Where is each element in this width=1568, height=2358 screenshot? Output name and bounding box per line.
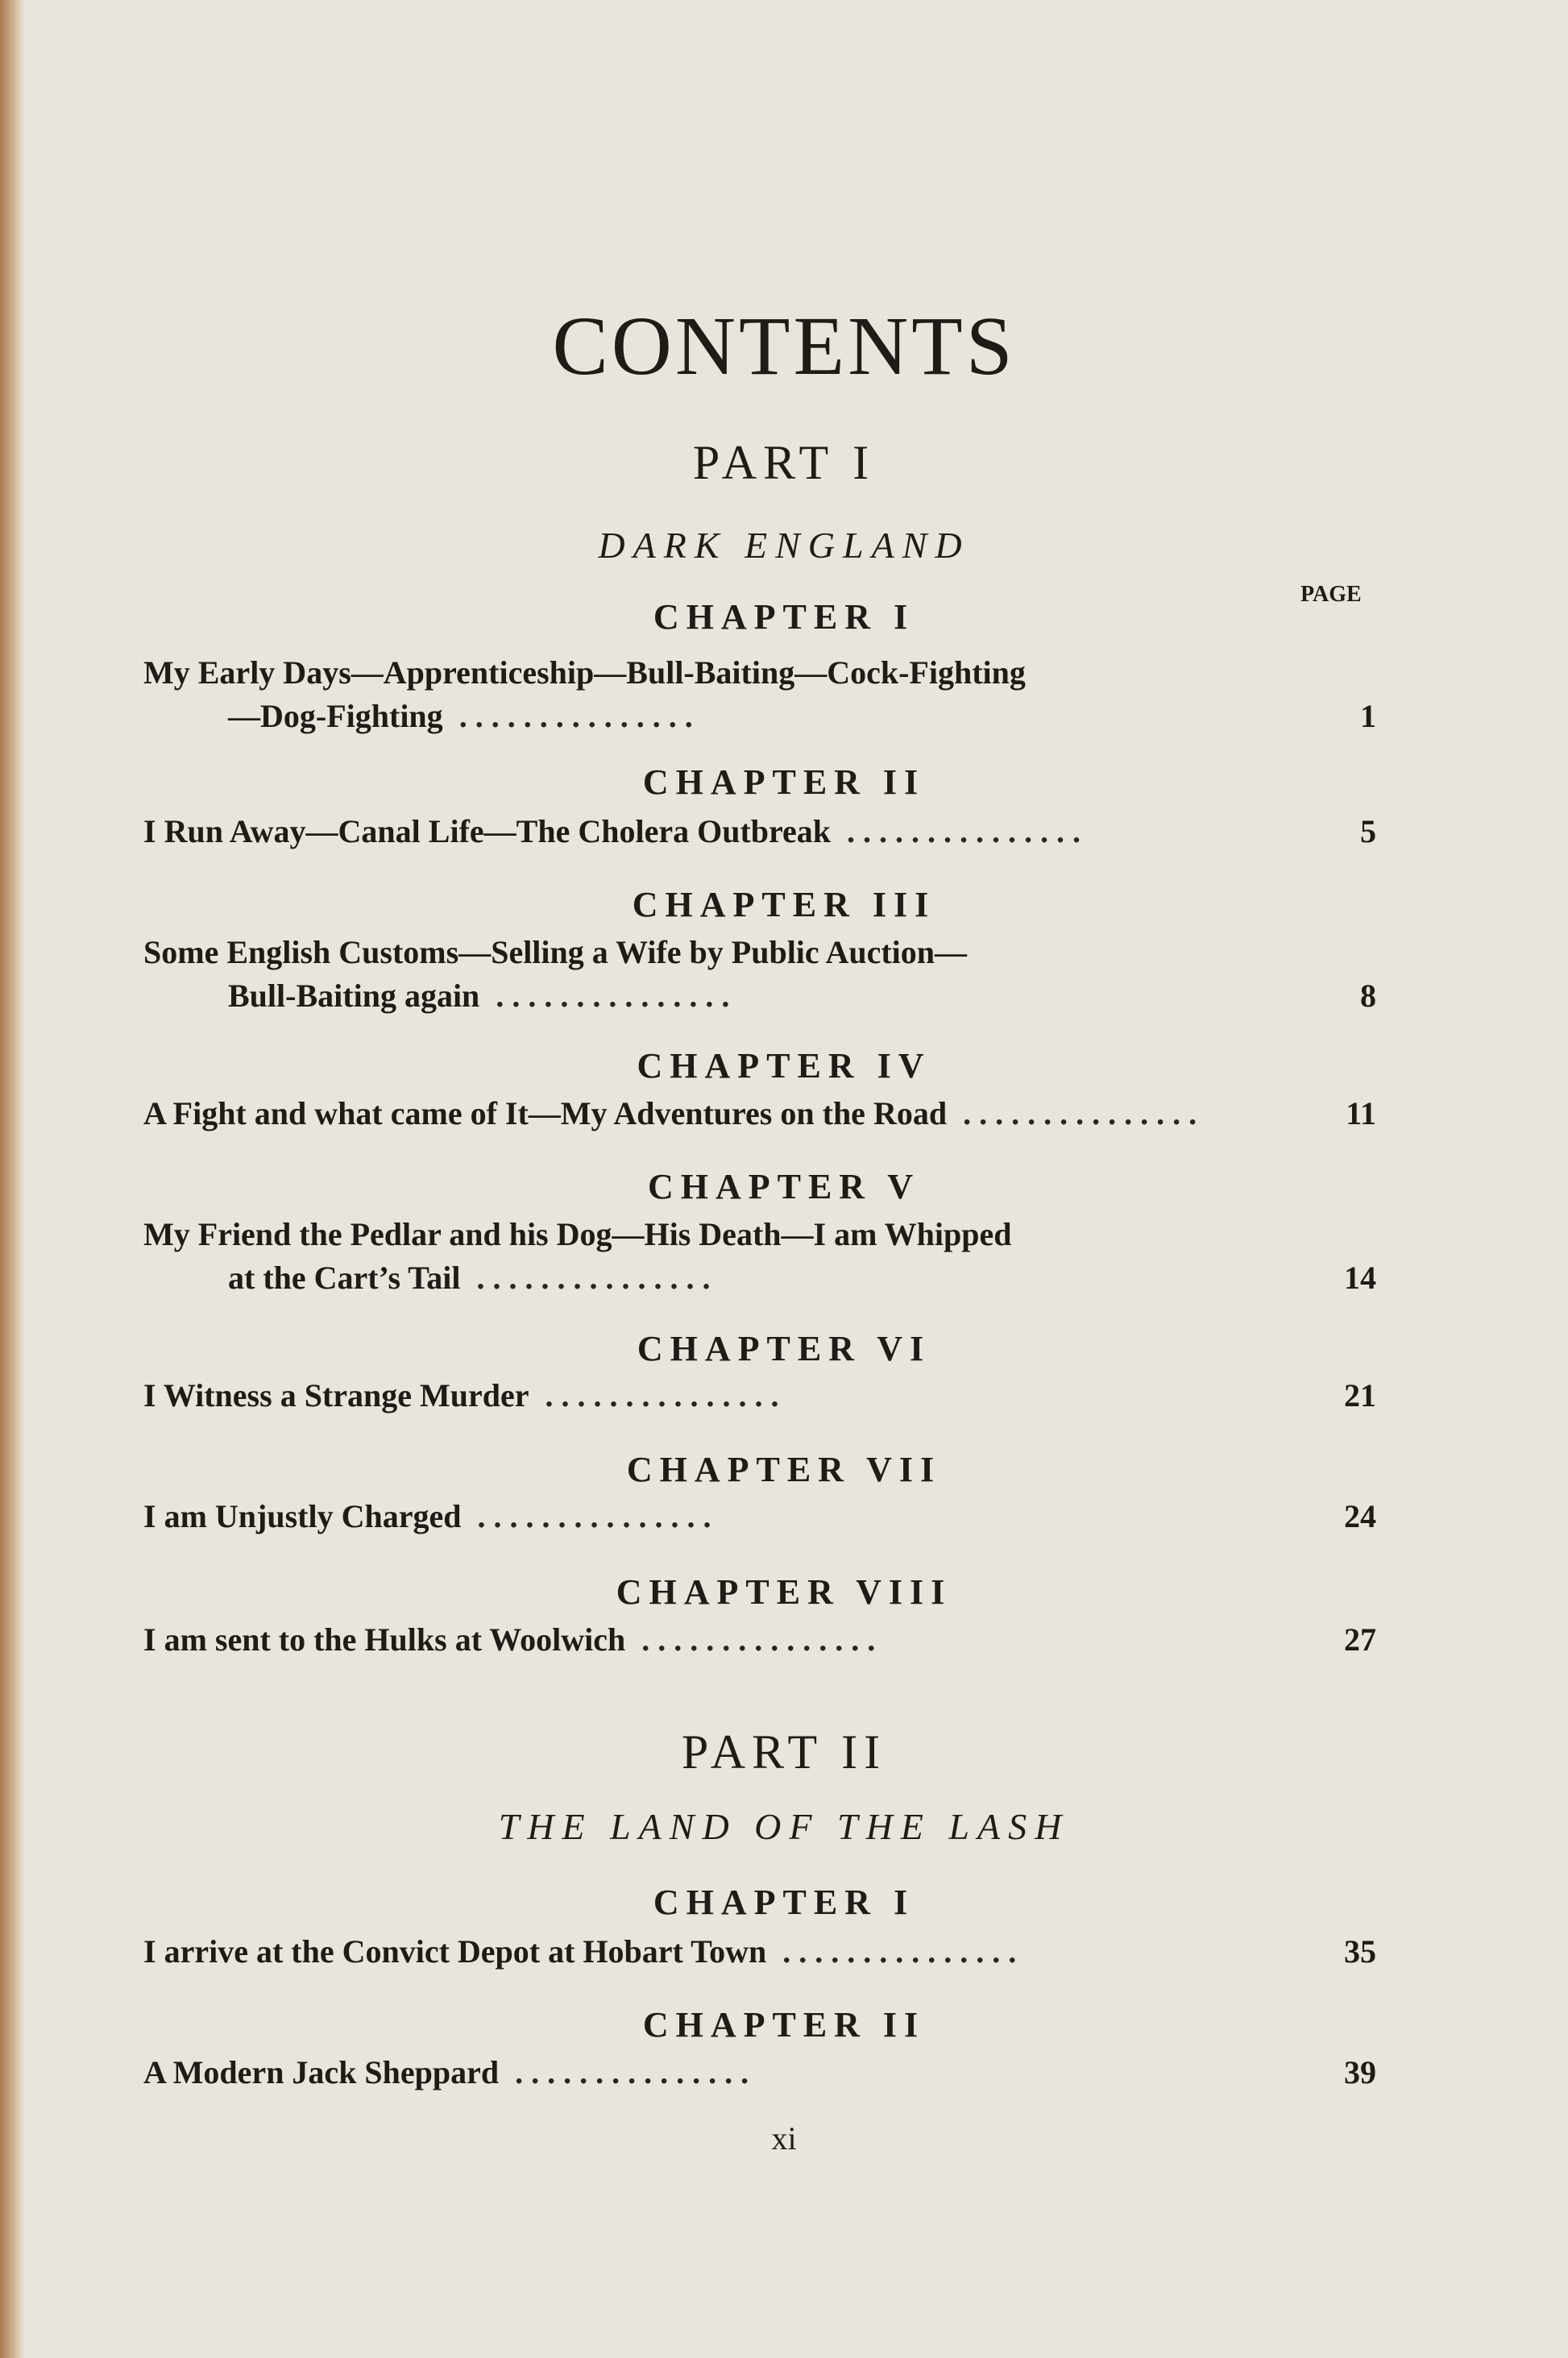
toc-entry[interactable]: Some English Customs—Selling a Wife by P…: [143, 931, 1376, 1018]
chapter-heading: CHAPTER VI: [0, 1328, 1568, 1369]
chapter-heading: CHAPTER VIII: [0, 1571, 1568, 1613]
page-number: 5: [1312, 810, 1376, 853]
part-1-heading: PART I: [0, 435, 1568, 491]
toc-entry[interactable]: A Modern Jack Sheppard. . . . . . . . . …: [143, 2051, 1376, 2094]
part-2-subtitle: THE LAND OF THE LASH: [0, 1805, 1568, 1848]
entry-title-cont: Bull-Baiting again: [228, 974, 479, 1018]
entry-title: I Run Away—Canal Life—The Cholera Outbre…: [143, 810, 831, 853]
dot-leader: . . . . . . . . . . . . . . .: [477, 1495, 1296, 1538]
page-number: 1: [1312, 695, 1376, 738]
chapter-heading: CHAPTER I: [0, 1882, 1568, 1923]
contents-page: CONTENTS PART I DARK ENGLAND PAGE CHAPTE…: [0, 0, 1568, 2358]
chapter-heading: CHAPTER V: [0, 1166, 1568, 1207]
toc-entry[interactable]: I Run Away—Canal Life—The Cholera Outbre…: [143, 810, 1376, 853]
chapter-heading: CHAPTER II: [0, 2004, 1568, 2045]
dot-leader: . . . . . . . . . . . . . . .: [477, 1256, 1296, 1300]
entry-title: Some English Customs—Selling a Wife by P…: [143, 931, 1376, 974]
entry-title: I am Unjustly Charged: [143, 1495, 461, 1538]
page-number: 39: [1312, 2051, 1376, 2094]
toc-entry[interactable]: My Friend the Pedlar and his Dog—His Dea…: [143, 1213, 1376, 1300]
dot-leader: . . . . . . . . . . . . . . .: [459, 695, 1296, 738]
entry-title: A Fight and what came of It—My Adventure…: [143, 1092, 947, 1135]
page-folio: xi: [0, 2119, 1568, 2157]
entry-title: My Friend the Pedlar and his Dog—His Dea…: [143, 1213, 1376, 1256]
dot-leader: . . . . . . . . . . . . . . .: [963, 1092, 1296, 1135]
page-number: 14: [1312, 1256, 1376, 1300]
dot-leader: . . . . . . . . . . . . . . .: [496, 974, 1296, 1018]
toc-entry[interactable]: I arrive at the Convict Depot at Hobart …: [143, 1930, 1376, 1974]
entry-title-cont: at the Cart’s Tail: [228, 1256, 461, 1300]
toc-entry[interactable]: A Fight and what came of It—My Adventure…: [143, 1092, 1376, 1135]
dot-leader: . . . . . . . . . . . . . . .: [641, 1618, 1296, 1662]
part-2-heading: PART II: [0, 1725, 1568, 1780]
dot-leader: . . . . . . . . . . . . . . .: [782, 1930, 1296, 1974]
page-number: 11: [1312, 1092, 1376, 1135]
chapter-heading: CHAPTER IV: [0, 1045, 1568, 1086]
entry-title: I arrive at the Convict Depot at Hobart …: [143, 1930, 766, 1974]
toc-entry[interactable]: I am Unjustly Charged. . . . . . . . . .…: [143, 1495, 1376, 1538]
chapter-heading: CHAPTER II: [0, 762, 1568, 803]
entry-title: I am sent to the Hulks at Woolwich: [143, 1618, 625, 1662]
page-number: 35: [1312, 1930, 1376, 1974]
page-number: 27: [1312, 1618, 1376, 1662]
dot-leader: . . . . . . . . . . . . . . .: [545, 1374, 1296, 1418]
chapter-heading: CHAPTER I: [0, 596, 1568, 637]
toc-entry[interactable]: I Witness a Strange Murder. . . . . . . …: [143, 1374, 1376, 1418]
chapter-heading: CHAPTER III: [0, 884, 1568, 925]
page-title: CONTENTS: [0, 298, 1568, 394]
dot-leader: . . . . . . . . . . . . . . .: [847, 810, 1296, 853]
part-1-subtitle: DARK ENGLAND: [0, 524, 1568, 567]
dot-leader: . . . . . . . . . . . . . . .: [515, 2051, 1296, 2094]
chapter-heading: CHAPTER VII: [0, 1449, 1568, 1490]
page-number: 21: [1312, 1374, 1376, 1418]
page-number: 8: [1312, 974, 1376, 1018]
entry-title: I Witness a Strange Murder: [143, 1374, 529, 1418]
entry-title: A Modern Jack Sheppard: [143, 2051, 499, 2094]
page-number: 24: [1312, 1495, 1376, 1538]
toc-entry[interactable]: My Early Days—Apprenticeship—Bull-Baitin…: [143, 651, 1376, 738]
toc-entry[interactable]: I am sent to the Hulks at Woolwich. . . …: [143, 1618, 1376, 1662]
entry-title-cont: —Dog-Fighting: [228, 695, 443, 738]
entry-title: My Early Days—Apprenticeship—Bull-Baitin…: [143, 651, 1376, 695]
